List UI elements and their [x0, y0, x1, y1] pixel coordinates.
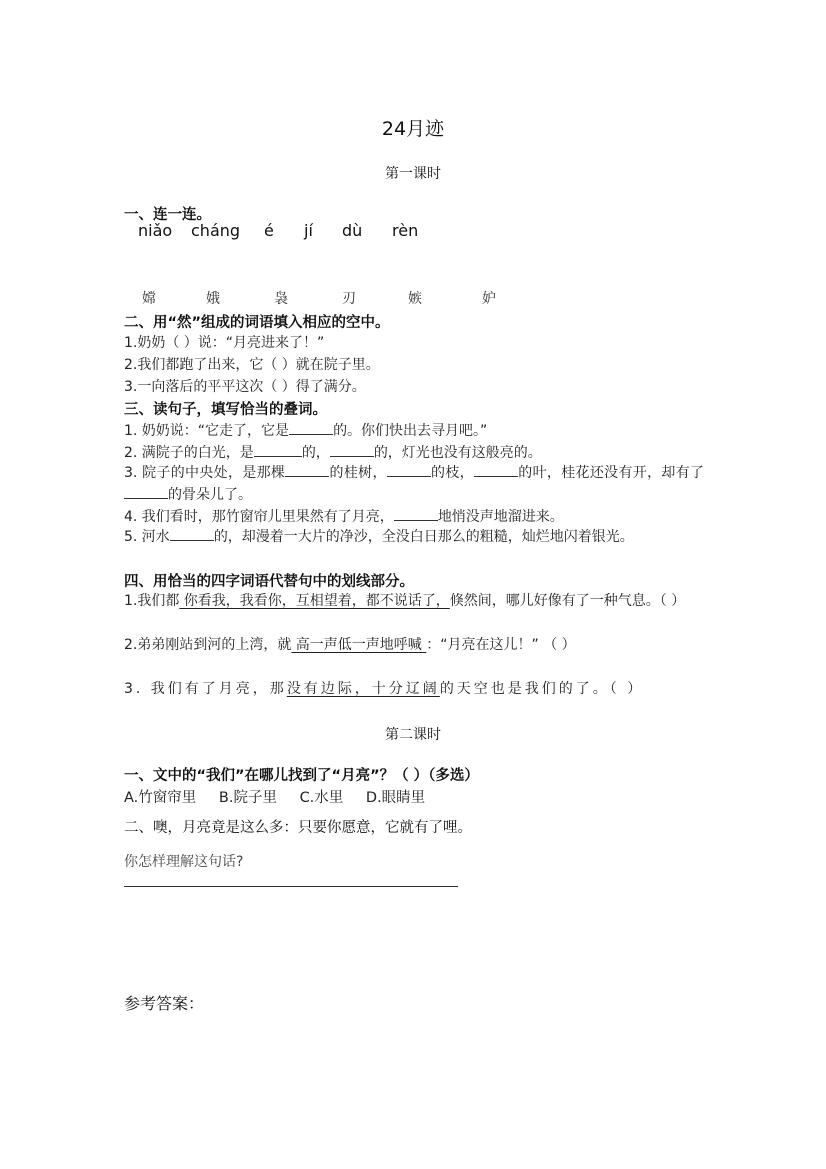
text: 的，	[302, 445, 330, 461]
text: 的，灯光也没有这般亮的。	[374, 445, 542, 461]
char-item: 袅	[274, 288, 288, 308]
option-b[interactable]: B.院子里	[219, 790, 277, 806]
char-item: 嫉	[408, 288, 422, 308]
text: 倏然间，哪儿好像有了一种气息。（ ）	[450, 593, 685, 609]
text: 的，却漫着一大片的净沙，全没白日那么的粗糙，灿烂地闪着银光。	[214, 529, 634, 545]
text: ：“月亮在这儿！” （ ）	[426, 637, 575, 653]
question-line: 3.一向落后的平平这次（ ）得了满分。	[124, 376, 366, 396]
fill-blank[interactable]	[124, 484, 168, 499]
text: 1. 奶奶说：“它走了，它是	[124, 423, 289, 439]
text: 的天空也是我们的了。（ ）	[440, 681, 644, 697]
text: 3. 院子的中央处，是那棵	[124, 465, 285, 481]
option-c[interactable]: C.水里	[300, 790, 344, 806]
char-item: 妒	[482, 288, 496, 308]
char-item: 嫦	[142, 288, 156, 308]
fill-blank[interactable]	[387, 462, 431, 477]
fill-blank[interactable]	[289, 420, 333, 435]
text: 地悄没声地溜进来。	[438, 509, 564, 525]
page-title: 24月迹	[0, 114, 826, 141]
pinyin-item: niǎo	[138, 221, 172, 240]
underlined-phrase: 你看我，我看你，互相望着，都不说话了，	[179, 593, 449, 609]
reference-answers-label: 参考答案：	[124, 991, 204, 1014]
pinyin-item: rèn	[392, 221, 418, 240]
question-paragraph: 1.我们都 你看我，我看你，互相望着，都不说话了，倏然间，哪儿好像有了一种气息。…	[124, 590, 704, 612]
pinyin-item: jí	[304, 221, 313, 240]
lesson-2-heading: 第二课时	[0, 724, 826, 744]
question-line: 1. 奶奶说：“它走了，它是的。你们快出去寻月吧。”	[124, 420, 487, 440]
fill-blank[interactable]	[330, 442, 374, 457]
char-item: 刃	[342, 288, 356, 308]
text: 2.弟弟刚站到河的上湾，就	[124, 637, 291, 653]
text: 5. 河水	[124, 529, 170, 545]
question-line: 2. 满院子的白光，是的，的，灯光也没有这般亮的。	[124, 442, 542, 462]
p2-question-1-heading: 一、文中的“我们”在哪儿找到了“月亮”？（ ）（多选）	[124, 764, 479, 785]
question-line: 1.奶奶（ ）说：“月亮进来了！”	[124, 332, 324, 352]
p2-question-2-prompt: 你怎样理解这句话?	[124, 851, 243, 871]
question-paragraph: 5. 河水的，却漫着一大片的净沙，全没白日那么的粗糙，灿烂地闪着银光。	[124, 526, 704, 548]
text: 1.我们都	[124, 593, 179, 609]
fill-blank[interactable]	[285, 462, 329, 477]
text: 的。你们快出去寻月吧。”	[333, 423, 487, 439]
text: 3. 我们有了月亮，那	[124, 681, 287, 697]
text: 的桂树，	[329, 465, 387, 481]
text: 2. 满院子的白光，是	[124, 445, 254, 461]
section-2-heading: 二、用“然”组成的词语填入相应的空中。	[124, 311, 390, 332]
question-line: 4. 我们看时，那竹窗帘儿里果然有了月亮，地悄没声地溜进来。	[124, 506, 564, 526]
pinyin-item: dù	[342, 221, 362, 240]
question-paragraph: 3. 院子的中央处，是那棵的桂树，的枝，的叶，桂花还没有开，却有了的骨朵儿了。	[124, 462, 704, 506]
section-4-heading: 四、用恰当的四字词语代替句中的划线部分。	[124, 570, 414, 591]
lesson-1-heading: 第一课时	[0, 163, 826, 183]
text: 的叶，桂花还没有开，却有了	[518, 465, 704, 481]
fill-blank[interactable]	[254, 442, 302, 457]
underlined-phrase: 没有边际，十分辽阔	[287, 681, 440, 697]
underlined-phrase: 高一声低一声地呼喊	[291, 637, 426, 653]
text: 的枝，	[431, 465, 474, 481]
question-paragraph: 2.弟弟刚站到河的上湾，就 高一声低一声地呼喊 ：“月亮在这儿！” （ ）	[124, 634, 704, 656]
pinyin-item: cháng	[191, 221, 240, 240]
section-3-heading: 三、读句子，填写恰当的叠词。	[124, 398, 327, 419]
char-item: 娥	[206, 288, 220, 308]
option-a[interactable]: A.竹窗帘里	[124, 790, 196, 806]
pinyin-item: é	[264, 221, 274, 240]
option-d[interactable]: D.眼睛里	[366, 790, 425, 806]
text: 的骨朵儿了。	[168, 487, 252, 503]
fill-blank[interactable]	[394, 506, 438, 521]
fill-blank[interactable]	[474, 462, 518, 477]
question-paragraph: 3. 我们有了月亮，那没有边际，十分辽阔的天空也是我们的了。（ ）	[124, 678, 704, 700]
p2-question-2-heading: 二、噢，月亮竟是这么多：只要你愿意，它就有了哩。	[124, 816, 472, 837]
question-line: 2.我们都跑了出来，它（ ）就在院子里。	[124, 354, 380, 374]
text: 4. 我们看时，那竹窗帘儿里果然有了月亮，	[124, 509, 394, 525]
answer-line[interactable]	[124, 886, 458, 887]
fill-blank[interactable]	[170, 526, 214, 541]
options-row: A.竹窗帘里 B.院子里 C.水里 D.眼睛里	[124, 786, 425, 807]
